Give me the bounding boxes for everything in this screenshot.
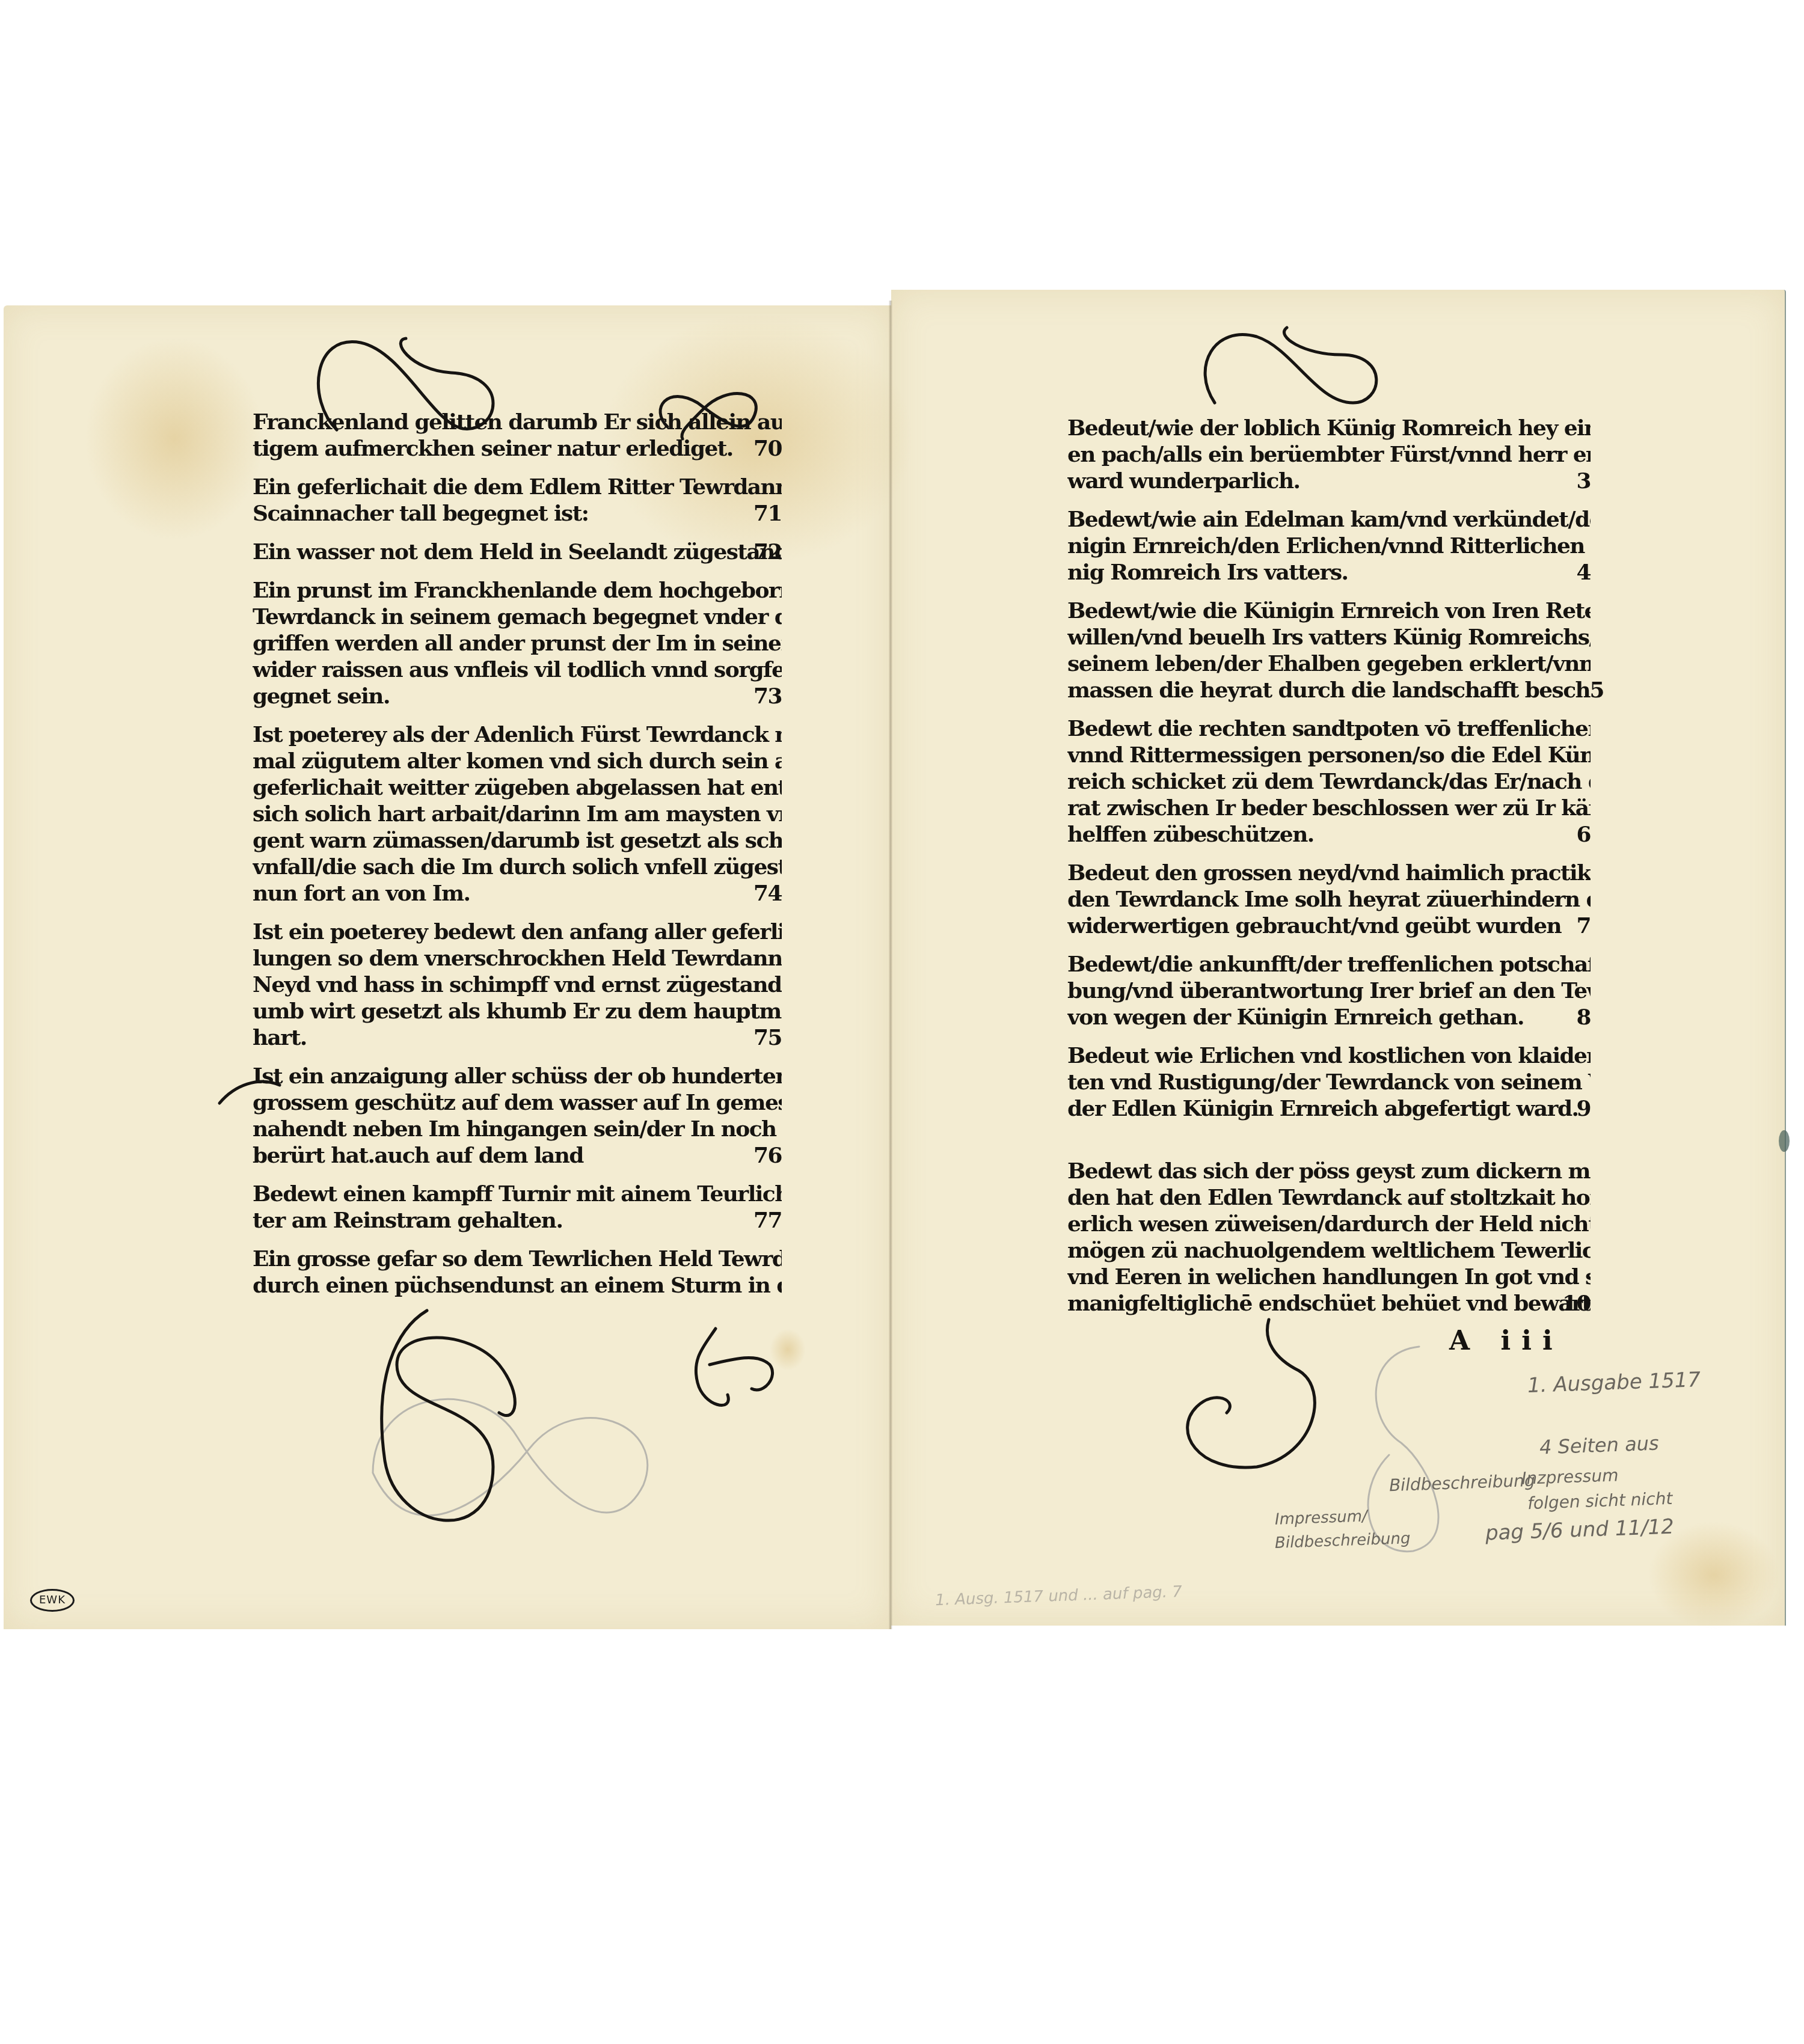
pencil-note: Impressum/	[1275, 1507, 1368, 1528]
entry-line: Bedeut den grossen neyd/vnd haimlich pra…	[1067, 860, 1591, 886]
entry-line: ten vnd Rustigung/der Tewrdanck von sein…	[1067, 1069, 1591, 1095]
index-entry-7: Bedeut den grossen neyd/vnd haimlich pra…	[1067, 860, 1591, 939]
entry-line: geferlichait weitter zügeben abgelassen …	[253, 774, 782, 801]
entry-line: Ist ein anzaigung aller schüss der ob hu…	[253, 1063, 782, 1089]
index-entry-74: Ist poeterey als der Adenlich Fürst Tewr…	[253, 721, 782, 907]
entry-line: hart.	[253, 1024, 782, 1051]
entry-line: mal zügutem alter komen vnd sich durch s…	[253, 748, 782, 774]
entry-number: 8	[1577, 1004, 1591, 1030]
entry-number: 75	[753, 1024, 782, 1051]
entry-number: 74	[753, 880, 782, 907]
entry-line: Bedewt/die ankunfft/der treffenlichen po…	[1067, 951, 1591, 978]
signature-mark: A iii	[1449, 1326, 1563, 1356]
index-entry-8: Bedewt/die ankunfft/der treffenlichen po…	[1067, 951, 1591, 1030]
entry-line: Bedewt/wie ain Edelman kam/vnd verkündet…	[1067, 506, 1591, 533]
entry-number: 6	[1577, 821, 1591, 848]
entry-number: 9	[1577, 1095, 1591, 1122]
index-entry-70: Franckenland gelitten darumb Er sich all…	[253, 409, 782, 462]
pencil-note: 4 Seiten aus	[1539, 1432, 1659, 1459]
entry-line: helffen zübeschützen.	[1067, 821, 1591, 848]
entry-line: massen die heyrat durch die landschafft …	[1067, 677, 1591, 703]
entry-number: 5	[1590, 677, 1604, 703]
index-entry-76: Ist ein anzaigung aller schüss der ob hu…	[253, 1063, 782, 1169]
entry-line: griffen werden all ander prunst der Im i…	[253, 630, 782, 656]
left-page-text: Franckenland gelitten darumb Er sich all…	[253, 409, 782, 1311]
entry-line: der Edlen Künigin Ernreich abgefertigt w…	[1067, 1095, 1591, 1122]
entry-line: umb wirt gesetzt als khumb Er zu dem hau…	[253, 998, 782, 1024]
entry-line: Ein grosse gefar so dem Tewrlichen Held …	[253, 1246, 782, 1272]
entry-line: vnd Eeren in welichen handlungen In got …	[1067, 1264, 1591, 1290]
entry-line: sich solich hart arbait/darinn Im am may…	[253, 801, 782, 827]
entry-line: gegnet sein.	[253, 683, 782, 709]
index-entry-6: Bedewt die rechten sandtpoten vō treffen…	[1067, 715, 1591, 848]
entry-line: berürt hat.auch auf dem land	[253, 1142, 782, 1169]
entry-line: vnfall/die sach die Im durch solich vnfe…	[253, 854, 782, 880]
entry-line: wider raissen aus vnfleis vil todlich vn…	[253, 656, 782, 683]
entry-line: von wegen der Künigin Ernreich gethan.	[1067, 1004, 1591, 1030]
entry-line: Bedewt die rechten sandtpoten vō treffen…	[1067, 715, 1591, 742]
entry-line: seinem leben/der Ehalben gegeben erklert…	[1067, 650, 1591, 677]
entry-line: Ein prunst im Franckhenlande dem hochgeb…	[253, 577, 782, 604]
entry-line: Ist ein poeterey bedewt den anfang aller…	[253, 919, 782, 945]
top-flourish	[1191, 319, 1395, 409]
entry-number: 77	[753, 1207, 782, 1234]
water-stain	[84, 337, 265, 541]
entry-line: Ein wasser not dem Held in Seelandt züge…	[253, 539, 782, 565]
index-entry-72: Ein wasser not dem Held in Seelandt züge…	[253, 539, 782, 565]
entry-number: 4	[1577, 559, 1591, 586]
entry-number: 7	[1577, 913, 1591, 939]
entry-line: lungen so dem vnerschrockhen Held Tewrda…	[253, 945, 782, 972]
entry-line: Bedewt/wie die Künigin Ernreich von Iren…	[1067, 598, 1591, 624]
index-entry-78: Ein grosse gefar so dem Tewrlichen Held …	[253, 1246, 782, 1299]
entry-line: Ist poeterey als der Adenlich Fürst Tewr…	[253, 721, 782, 748]
entry-number: 71	[753, 500, 782, 527]
entry-line: grossem geschütz auf dem wasser auf In g…	[253, 1089, 782, 1116]
index-entry-10: Bedewt das sich der pöss geyst zum dicke…	[1067, 1158, 1591, 1317]
entry-line: willen/vnd beuelh Irs vatters Künig Romr…	[1067, 624, 1591, 650]
entry-line: reich schicket zü dem Tewrdanck/das Er/n…	[1067, 768, 1591, 795]
entry-line: gent warn zümassen/darumb ist gesetzt al…	[253, 827, 782, 854]
entry-line: nigin Ernreich/den Erlichen/vnnd Ritterl…	[1067, 533, 1591, 559]
bottom-flourish	[349, 1305, 529, 1545]
entry-line: Franckenland gelitten darumb Er sich all…	[253, 409, 782, 435]
entry-line: bung/vnd überantwortung Irer brief an de…	[1067, 978, 1591, 1004]
bottom-flourish	[1161, 1317, 1341, 1473]
index-entry-71: Ein geferlichait die dem Edlem Ritter Te…	[253, 474, 782, 527]
entry-line: Neyd vnd hass in schimpff vnd ernst züge…	[253, 972, 782, 998]
entry-line: ward wunderparlich.	[1067, 468, 1591, 494]
entry-line: en pach/alls ein berüembter Fürst/vnnd h…	[1067, 441, 1591, 468]
entry-line: rat zwischen Ir beder beschlossen wer zü…	[1067, 795, 1591, 821]
entry-line: manigfeltiglichē endschüet behüet vnd be…	[1067, 1290, 1591, 1317]
index-entry-75: Ist ein poeterey bedewt den anfang aller…	[253, 919, 782, 1051]
entry-line: tigem aufmerckhen seiner natur erlediget…	[253, 435, 782, 462]
entry-line: nun fort an von Im.	[253, 880, 782, 907]
ink-smudge	[1779, 1130, 1790, 1152]
entry-line: den hat den Edlen Tewrdanck auf stoltzka…	[1067, 1184, 1591, 1211]
index-entry-77: Bedewt einen kampff Turnir mit ainem Teu…	[253, 1181, 782, 1234]
entry-line: den Tewrdanck Ime solh heyrat züuerhinde…	[1067, 886, 1591, 913]
entry-line: widerwertigen gebraucht/vnd geübt wurden	[1067, 913, 1591, 939]
entry-number: 72	[753, 539, 782, 565]
entry-line: Scainnacher tall begegnet ist:	[253, 500, 782, 527]
entry-line: Bedewt das sich der pöss geyst zum dicke…	[1067, 1158, 1591, 1184]
index-entry-73: Ein prunst im Franckhenlande dem hochgeb…	[253, 577, 782, 709]
index-entry-3: Bedeut/wie der loblich Künig Romreich he…	[1067, 415, 1591, 494]
entry-line: durch einen püchsendunst an einem Sturm …	[253, 1272, 782, 1299]
index-entry-5: Bedewt/wie die Künigin Ernreich von Iren…	[1067, 598, 1591, 703]
entry-line: nig Romreich Irs vatters.	[1067, 559, 1591, 586]
entry-line: ter am Reinstram gehalten.	[253, 1207, 782, 1234]
entry-line: Bedeut/wie der loblich Künig Romreich he…	[1067, 415, 1591, 441]
show-through-flourish	[1341, 1335, 1497, 1563]
collector-stamp: EWK	[30, 1589, 75, 1612]
pencil-note: Inzpressum	[1521, 1465, 1618, 1489]
entry-line: Bedeut wie Erlichen vnd kostlichen von k…	[1067, 1042, 1591, 1069]
entry-line: Ein geferlichait die dem Edlem Ritter Te…	[253, 474, 782, 500]
entry-number: 76	[753, 1142, 782, 1169]
entry-number: 73	[753, 683, 782, 709]
right-page-text: Bedeut/wie der loblich Künig Romreich he…	[1067, 415, 1591, 1329]
entry-line: vnnd Rittermessigen personen/so die Edel…	[1067, 742, 1591, 768]
entry-number: 10	[1562, 1290, 1591, 1317]
entry-number: 3	[1577, 468, 1591, 494]
entry-line: nahendt neben Im hingangen sein/der In n…	[253, 1116, 782, 1142]
entry-line: Bedewt einen kampff Turnir mit ainem Teu…	[253, 1181, 782, 1207]
bottom-flourish	[673, 1323, 782, 1413]
entry-line: erlich wesen züweisen/dardurch der Held …	[1067, 1211, 1591, 1237]
entry-line: Tewrdanck in seinem gemach begegnet vnde…	[253, 604, 782, 630]
index-entry-4: Bedewt/wie ain Edelman kam/vnd verkündet…	[1067, 506, 1591, 586]
entry-number: 70	[753, 435, 782, 462]
index-entry-9: Bedeut wie Erlichen vnd kostlichen von k…	[1067, 1042, 1591, 1122]
entry-line: mögen zü nachuolgendem weltlichem Tewerl…	[1067, 1237, 1591, 1264]
